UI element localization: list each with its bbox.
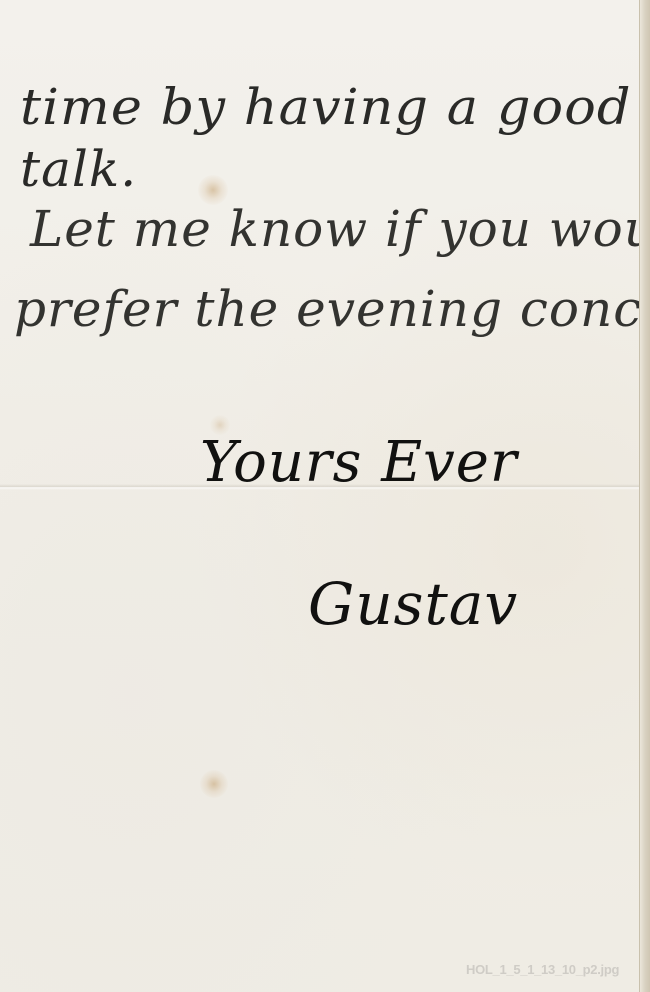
letter-page: time by having a good long talk. Let me … <box>0 0 650 992</box>
letter-line-2: talk. <box>20 140 137 198</box>
letter-line-4: prefer the evening concert. <box>14 280 650 338</box>
letter-signature: Gustav <box>308 570 518 638</box>
paper-right-edge <box>639 0 650 992</box>
filename-watermark: HOL_1_5_1_13_10_p2.jpg <box>466 962 619 977</box>
paper-stain <box>200 770 228 798</box>
letter-line-3: Let me know if you would <box>30 200 650 258</box>
letter-closing: Yours Ever <box>200 430 518 495</box>
letter-line-1: time by having a good long <box>20 78 650 136</box>
